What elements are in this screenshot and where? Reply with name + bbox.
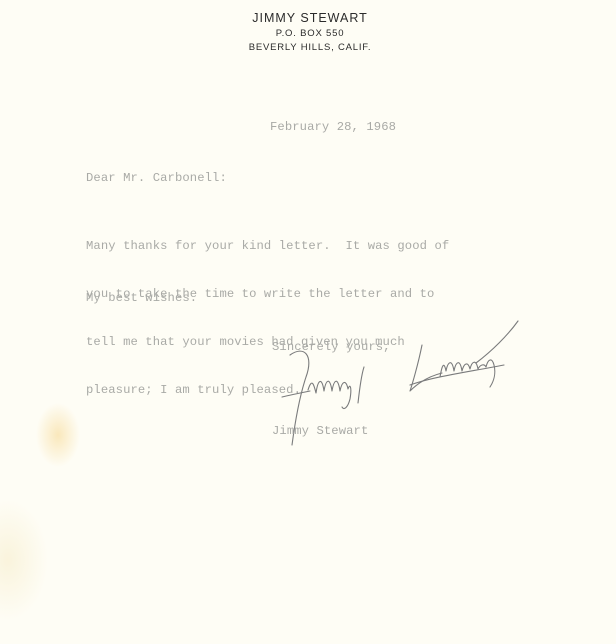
letter-typed-name: Jimmy Stewart <box>272 424 368 438</box>
letter-closing: My best wishes. <box>86 291 197 305</box>
letterhead-city: BEVERLY HILLS, CALIF. <box>200 41 420 55</box>
letter-salutation: Dear Mr. Carbonell: <box>86 171 227 185</box>
letterhead-po-box: P.O. BOX 550 <box>200 27 420 41</box>
letter-body-line: Many thanks for your kind letter. It was… <box>86 238 449 254</box>
letterhead: JIMMY STEWART P.O. BOX 550 BEVERLY HILLS… <box>200 10 420 55</box>
letterhead-name: JIMMY STEWART <box>200 10 420 27</box>
letter-paper: JIMMY STEWART P.O. BOX 550 BEVERLY HILLS… <box>0 0 616 644</box>
letter-date: February 28, 1968 <box>270 120 396 134</box>
handwritten-signature: Jimmy Stewart <box>272 315 532 465</box>
